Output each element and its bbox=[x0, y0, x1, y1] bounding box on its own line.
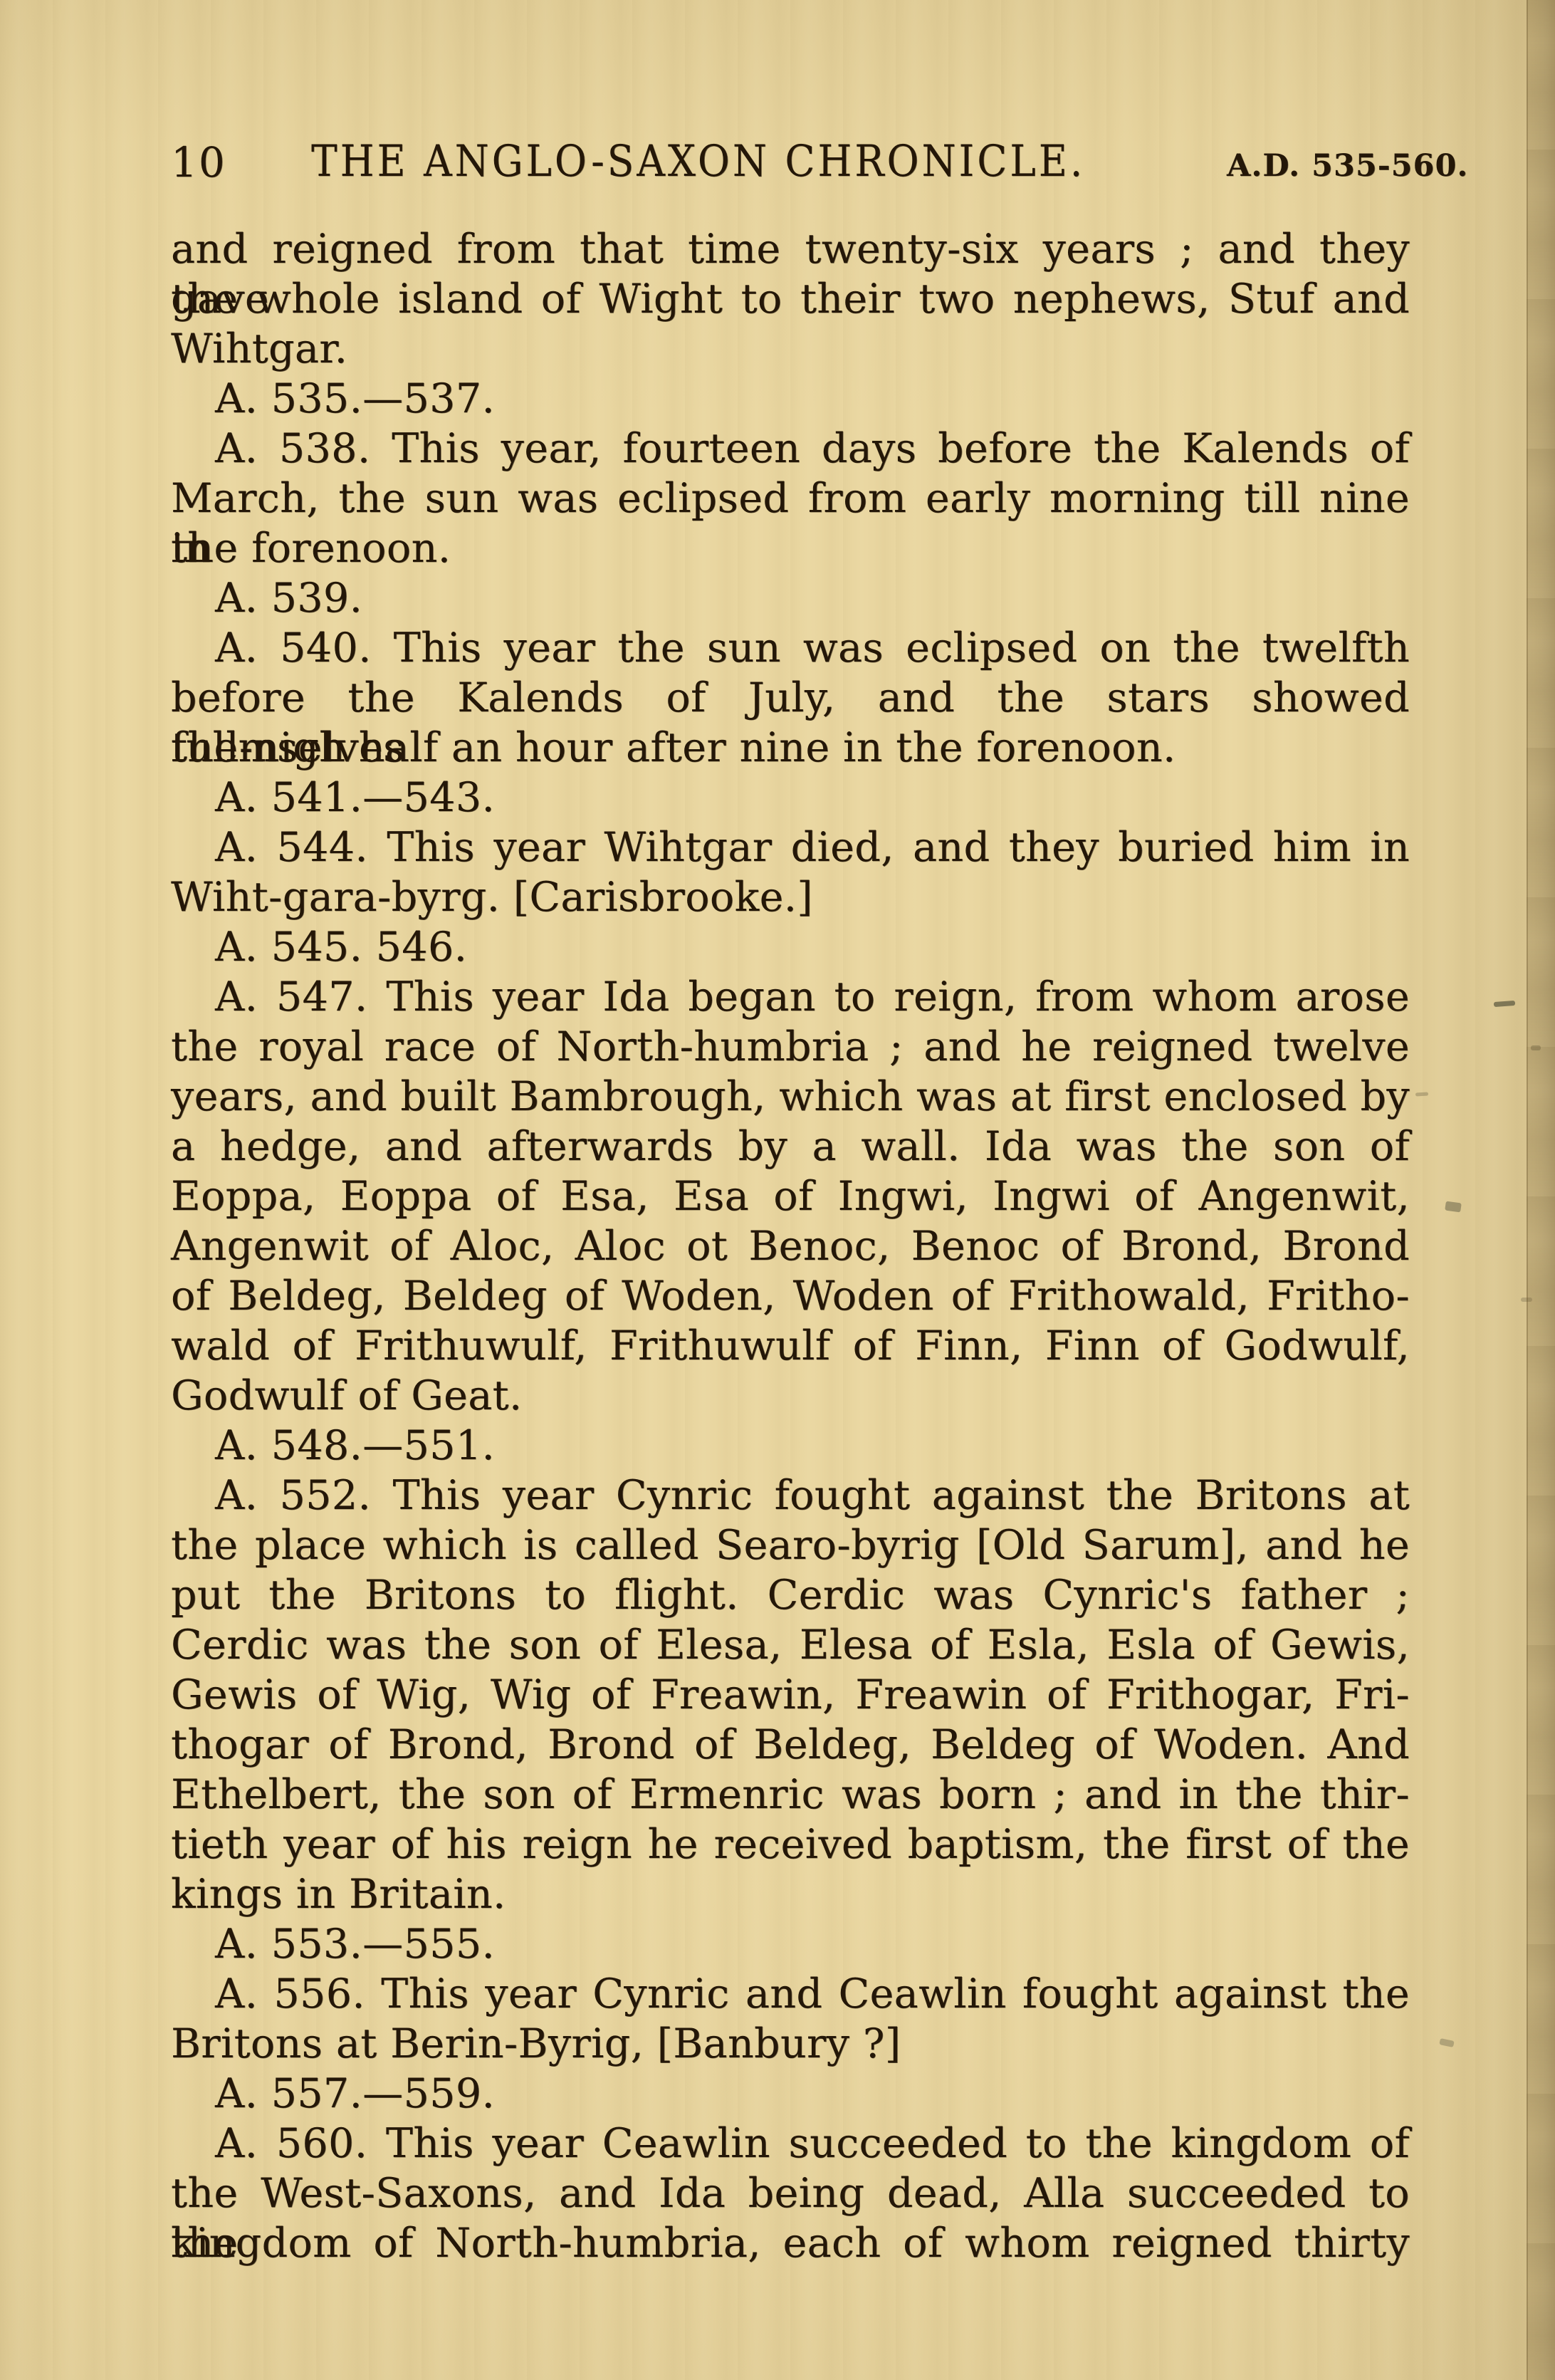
text-line: Angenwit of Aloc, Aloc ot Benoc, Benoc o… bbox=[171, 1221, 1410, 1271]
text-line: A. 548.—551. bbox=[171, 1421, 1410, 1471]
ink-speck bbox=[1521, 1298, 1532, 1302]
ink-speck bbox=[1439, 2038, 1454, 2047]
text-line: Gewis of Wig, Wig of Freawin, Freawin of… bbox=[171, 1670, 1410, 1720]
text-line: Cerdic was the son of Elesa, Elesa of Es… bbox=[171, 1620, 1410, 1670]
text-line: years, and built Bambrough, which was at… bbox=[171, 1072, 1410, 1122]
page-number: 10 bbox=[171, 138, 226, 187]
text-line: kings in Britain. bbox=[171, 1869, 1410, 1919]
text-line: Wiht-gara-byrg. [Carisbrooke.] bbox=[171, 872, 1410, 922]
text-line: Eoppa, Eoppa of Esa, Esa of Ingwi, Ingwi… bbox=[171, 1171, 1410, 1221]
text-line: the West-Saxons, and Ida being dead, All… bbox=[171, 2168, 1410, 2218]
text-line: March, the sun was eclipsed from early m… bbox=[171, 474, 1410, 523]
text-line: thogar of Brond, Brond of Beldeg, Beldeg… bbox=[171, 1720, 1410, 1770]
text-line: A. 557.—559. bbox=[171, 2069, 1410, 2119]
text-line: A. 535.—537. bbox=[171, 374, 1410, 424]
text-line: Britons at Berin-Byrig, [Banbury ?] bbox=[171, 2019, 1410, 2069]
text-line: of Beldeg, Beldeg of Woden, Woden of Fri… bbox=[171, 1271, 1410, 1321]
text-line: tieth year of his reign he received bapt… bbox=[171, 1820, 1410, 1869]
page-header: 10 THE ANGLO-SAXON CHRONICLE. A.D. 535-5… bbox=[0, 134, 1555, 191]
text-line: Ethelbert, the son of Ermenric was born … bbox=[171, 1770, 1410, 1820]
scanned-book-page: 10 THE ANGLO-SAXON CHRONICLE. A.D. 535-5… bbox=[0, 0, 1555, 2380]
text-line: full-nigh half an hour after nine in the… bbox=[171, 723, 1410, 773]
text-line: kingdom of North-humbria, each of whom r… bbox=[171, 2218, 1410, 2268]
text-line: A. 540. This year the sun was eclipsed o… bbox=[171, 623, 1410, 673]
text-line: the whole island of Wight to their two n… bbox=[171, 274, 1410, 324]
text-line: A. 552. This year Cynric fought against … bbox=[171, 1471, 1410, 1520]
text-line: A. 544. This year Wihtgar died, and they… bbox=[171, 823, 1410, 872]
running-title: THE ANGLO-SAXON CHRONICLE. bbox=[311, 136, 1085, 187]
text-line: A. 556. This year Cynric and Ceawlin fou… bbox=[171, 1969, 1410, 2019]
text-line: A. 541.—543. bbox=[171, 773, 1410, 823]
ink-speck bbox=[1415, 1092, 1428, 1097]
text-line: A. 560. This year Ceawlin succeeded to t… bbox=[171, 2119, 1410, 2168]
text-line: the royal race of North-humbria ; and he… bbox=[171, 1022, 1410, 1072]
text-line: the place which is called Searo-byrig [O… bbox=[171, 1520, 1410, 1570]
text-line: wald of Frithuwulf, Frithuwulf of Finn, … bbox=[171, 1321, 1410, 1371]
text-line: A. 547. This year Ida began to reign, fr… bbox=[171, 972, 1410, 1022]
text-line: A. 545. 546. bbox=[171, 922, 1410, 972]
ink-speck bbox=[1445, 1201, 1462, 1213]
text-lines: and reigned from that time twenty-six ye… bbox=[171, 224, 1410, 2268]
page-edge-shadow bbox=[1527, 0, 1555, 2380]
ink-speck bbox=[1531, 1045, 1541, 1050]
text-line: A. 538. This year, fourteen days before … bbox=[171, 424, 1410, 474]
text-line: the forenoon. bbox=[171, 523, 1410, 573]
ink-speck bbox=[1494, 1001, 1515, 1007]
text-line: and reigned from that time twenty-six ye… bbox=[171, 224, 1410, 274]
text-line: a hedge, and afterwards by a wall. Ida w… bbox=[171, 1122, 1410, 1171]
text-line: A. 539. bbox=[171, 573, 1410, 623]
text-line: Godwulf of Geat. bbox=[171, 1371, 1410, 1421]
text-line: before the Kalends of July, and the star… bbox=[171, 673, 1410, 723]
header-date-range: A.D. 535-560. bbox=[1227, 148, 1468, 184]
text-line: Wihtgar. bbox=[171, 324, 1410, 374]
text-line: A. 553.—555. bbox=[171, 1919, 1410, 1969]
text-line: put the Britons to flight. Cerdic was Cy… bbox=[171, 1570, 1410, 1620]
